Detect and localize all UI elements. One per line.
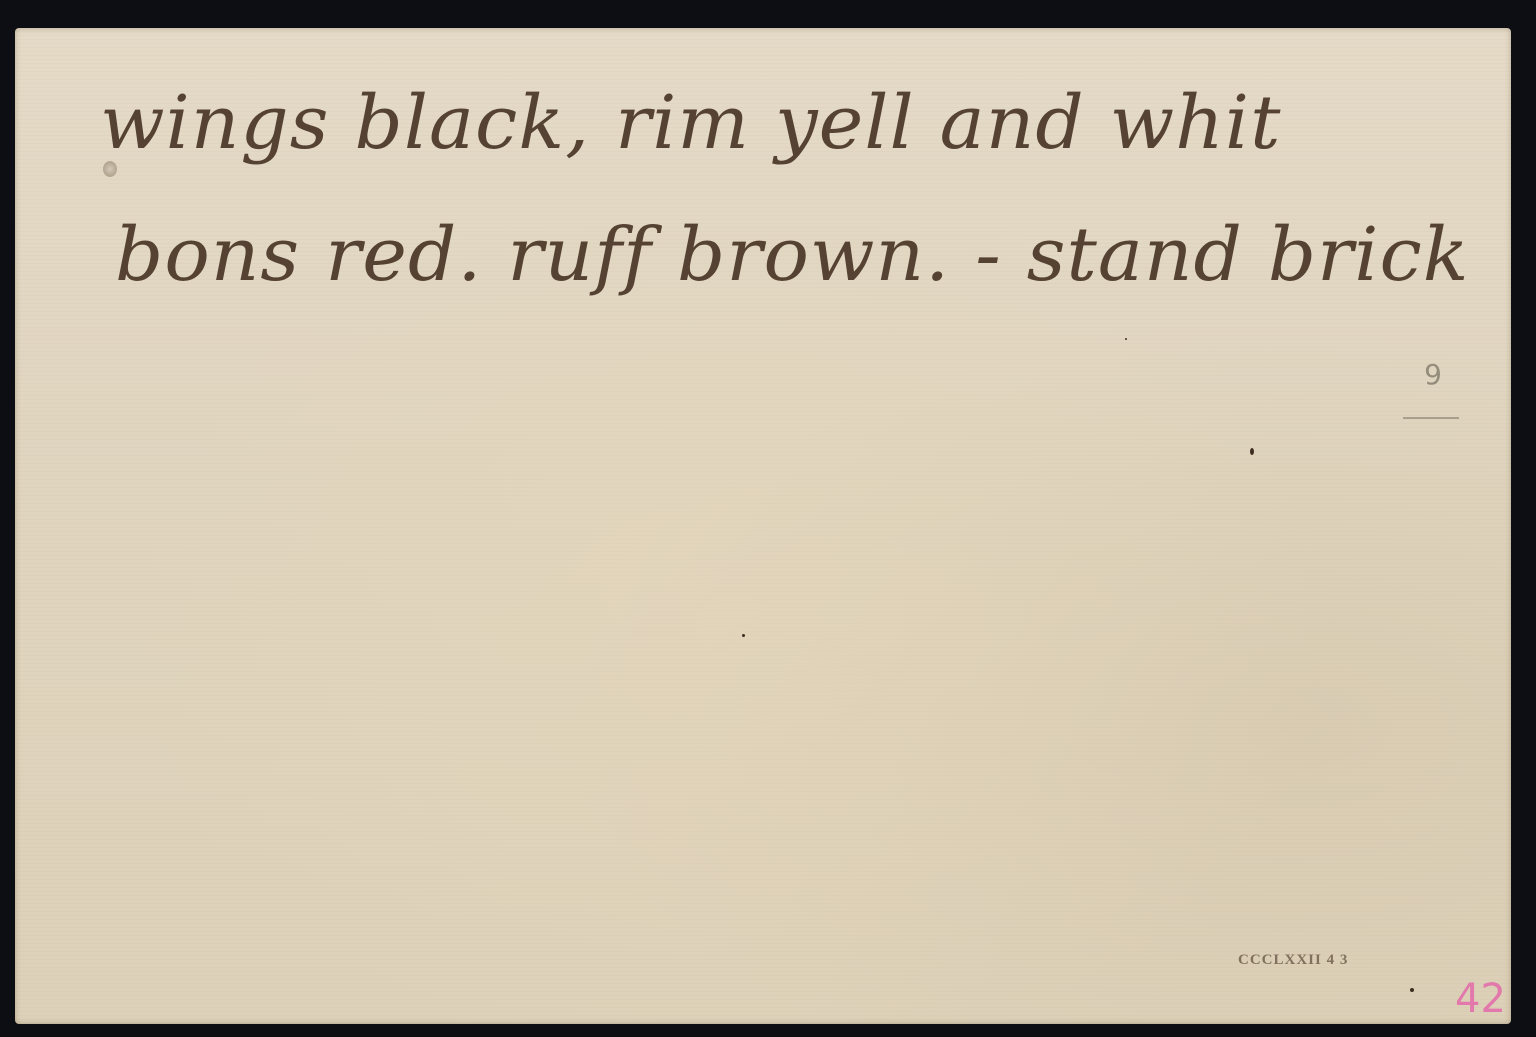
ink-speck <box>742 634 745 637</box>
ink-speck <box>1410 988 1414 992</box>
handwritten-line-1: wings black, rim yell and whit <box>100 80 1281 166</box>
pink-annotation-number: 42 <box>1455 976 1506 1022</box>
paper-card: wings black, rim yell and whit bons red.… <box>15 28 1511 1024</box>
ink-speck <box>1250 448 1254 455</box>
catalog-stamp: CCCLXXII 4 3 <box>1238 952 1348 969</box>
ink-speck <box>1125 338 1127 340</box>
handwritten-line-2: bons red. ruff brown. - stand brick <box>115 212 1470 298</box>
scanned-card-page: wings black, rim yell and whit bons red.… <box>0 0 1536 1037</box>
pencil-page-number: 9 <box>1413 358 1453 391</box>
pencil-underline <box>1403 417 1459 419</box>
